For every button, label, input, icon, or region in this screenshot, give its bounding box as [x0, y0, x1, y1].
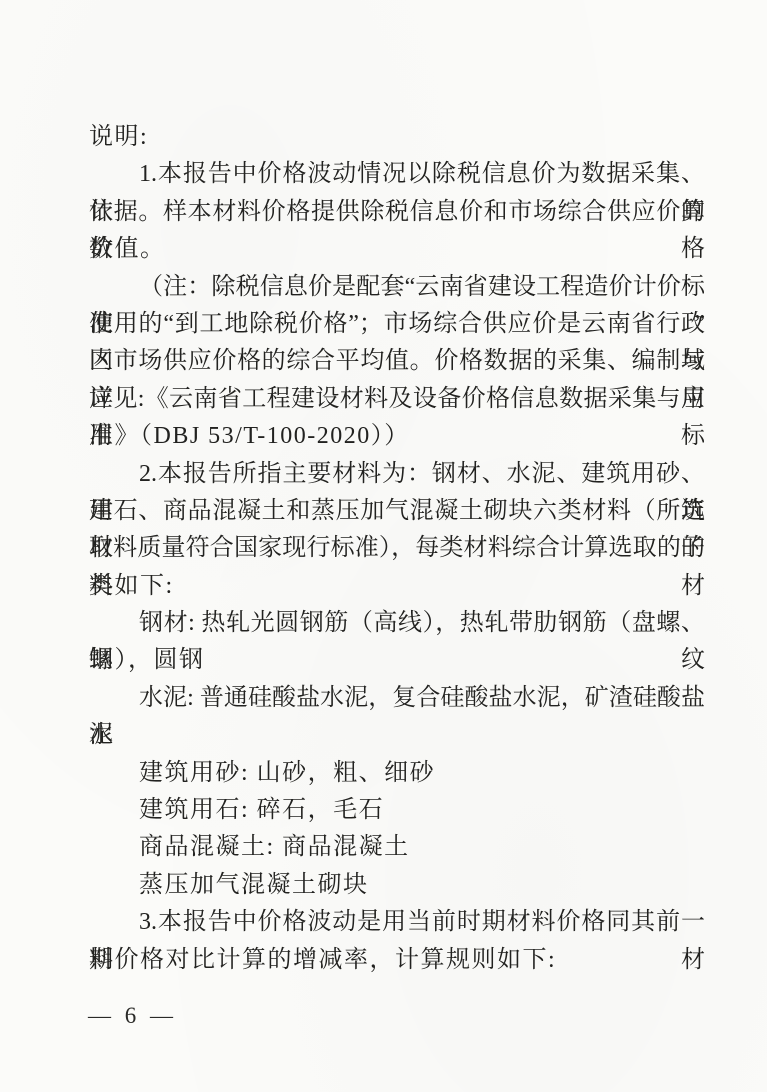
- document-page: 说明:1.本报告中价格波动情况以除税信息价为数据采集、计算依据。样本材料价格提供…: [0, 0, 767, 1092]
- text-line: 依据。样本材料价格提供除税信息价和市场综合供应价的价格: [89, 194, 705, 231]
- text-line: 建筑用石: 碎石，毛石: [89, 792, 705, 829]
- text-line: 内市场供应价格的综合平均值。价格数据的采集、编制与应用: [89, 343, 705, 380]
- text-line: 用石、商品混凝土和蒸压加气混凝土砌块六类材料（所选取的: [89, 493, 705, 530]
- text-line: 泥: [89, 717, 705, 754]
- text-line: 3.本报告中价格波动是用当前时期材料价格同其前一期材: [89, 904, 705, 941]
- text-line: 钢材: 热轧光圆钢筋（高线），热轧带肋钢筋（盘螺、螺纹: [89, 605, 705, 642]
- page-number: — 6 —: [88, 1003, 177, 1029]
- text-line: 材料质量符合国家现行标准），每类材料综合计算选取的子类材: [89, 530, 705, 567]
- text-line: 使用的“到工地除税价格”；市场综合供应价是云南省行政区域: [89, 306, 705, 343]
- text-line: 说明:: [89, 119, 705, 156]
- text-line: 水泥: 普通硅酸盐水泥，复合硅酸盐水泥，矿渣硅酸盐水: [89, 680, 705, 717]
- text-line: 蒸压加气混凝土砌块: [89, 867, 705, 904]
- text-line: 2.本报告所指主要材料为：钢材、水泥、建筑用砂、建筑: [89, 456, 705, 493]
- text-line: 详见:《云南省工程建设材料及设备价格信息数据采集与应用标: [89, 381, 705, 418]
- text-line: 建筑用砂: 山砂，粗、细砂: [89, 755, 705, 792]
- document-body: 说明:1.本报告中价格波动情况以除税信息价为数据采集、计算依据。样本材料价格提供…: [89, 119, 705, 979]
- text-line: 1.本报告中价格波动情况以除税信息价为数据采集、计算: [89, 156, 705, 193]
- text-line: （注：除税信息价是配套“云南省建设工程造价计价标准”: [89, 269, 705, 306]
- text-line: 商品混凝土: 商品混凝土: [89, 829, 705, 866]
